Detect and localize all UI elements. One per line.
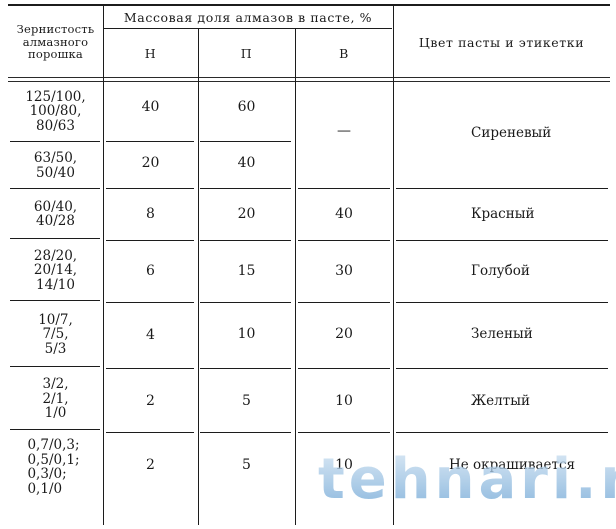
table-row-3-grain: 60/40, 40/28 <box>8 190 103 238</box>
header-col-v: В <box>295 29 393 78</box>
v-value: 10 <box>335 394 353 409</box>
color-value: Не окрашивается <box>449 458 575 473</box>
row-sep-6-v <box>298 432 390 433</box>
row-sep-2-color <box>396 188 608 189</box>
p-value: 5 <box>242 394 251 409</box>
table-row-7-grain: 0,7/0,3; 0,5/0,1; 0,3/0; 0,1/0 <box>8 432 103 512</box>
table-row-6-grain: 3/2, 2/1, 1/0 <box>8 369 103 429</box>
p-value: 40 <box>238 156 256 171</box>
row-sep-3-v <box>298 240 390 241</box>
table-row-4-v: 30 <box>295 242 393 300</box>
table-row-3-color: Красный <box>393 190 610 238</box>
row-sep-2-v <box>298 188 390 189</box>
row-sep-4-p <box>200 302 291 303</box>
v-value: 20 <box>335 327 353 342</box>
p-value: 15 <box>238 264 256 279</box>
table-row-1-n: 40 <box>103 82 198 132</box>
grain-value: 3/2, 2/1, 1/0 <box>42 377 68 421</box>
header-col-n-label: Н <box>145 46 157 61</box>
v-value: 10 <box>335 458 353 473</box>
n-value: 8 <box>146 207 155 222</box>
row-sep-3-p <box>200 240 291 241</box>
header-grain-size: Зернистость алмазного порошка <box>8 6 103 78</box>
color-value: Желтый <box>471 394 530 409</box>
n-value: 6 <box>146 264 155 279</box>
table-row-1-grain: 125/100, 100/80, 80/63 <box>8 82 103 141</box>
table-row-1-2-v-merged: — <box>295 82 393 188</box>
table-row-6-p: 5 <box>198 370 295 432</box>
grain-value: 0,7/0,3; 0,5/0,1; 0,3/0; 0,1/0 <box>27 438 79 496</box>
table-row-2-p: 40 <box>198 143 295 183</box>
row-sep-5-grain <box>10 366 100 367</box>
table-row-7-color: Не окрашивается <box>393 434 610 496</box>
table-row-3-n: 8 <box>103 190 198 238</box>
n-value: 20 <box>142 156 160 171</box>
row-sep-6-grain <box>10 429 100 430</box>
header-paste-color: Цвет пасты и этикетки <box>393 6 610 78</box>
grain-value: 60/40, 40/28 <box>34 200 77 229</box>
table-row-5-p: 10 <box>198 304 295 364</box>
header-mass-fraction-label: Массовая доля алмазов в пасте, % <box>124 10 372 25</box>
table-row-4-color: Голубой <box>393 242 610 300</box>
row-sep-2-p <box>200 188 291 189</box>
color-value: Голубой <box>471 264 530 279</box>
table-row-1-p: 60 <box>198 82 295 132</box>
table-row-1-2-color-merged: Сиреневый <box>393 82 610 188</box>
row-sep-4-grain <box>10 300 100 301</box>
p-value: 60 <box>238 100 256 115</box>
row-sep-1-p <box>200 141 291 142</box>
color-value: Красный <box>471 207 534 222</box>
row-sep-6-p <box>200 432 291 433</box>
table-row-7-v: 10 <box>295 434 393 496</box>
row-sep-3-color <box>396 240 608 241</box>
p-value: 5 <box>242 458 251 473</box>
grain-value: 63/50, 50/40 <box>34 151 77 180</box>
table-row-2-n: 20 <box>103 143 198 183</box>
color-value: Зеленый <box>471 327 533 342</box>
v-value-dash: — <box>337 124 351 139</box>
row-sep-4-v <box>298 302 390 303</box>
table-row-4-n: 6 <box>103 242 198 300</box>
table-row-6-v: 10 <box>295 370 393 432</box>
row-sep-3-grain <box>10 238 100 239</box>
header-mass-fraction: Массовая доля алмазов в пасте, % <box>103 6 393 28</box>
row-sep-4-color <box>396 302 608 303</box>
row-sep-1-n <box>106 141 194 142</box>
table-row-4-p: 15 <box>198 242 295 300</box>
table-row-7-p: 5 <box>198 434 295 496</box>
header-col-p: П <box>198 29 295 78</box>
row-sep-4-n <box>106 302 194 303</box>
grain-value: 10/7, 7/5, 5/3 <box>38 313 73 357</box>
paste-composition-table: Зернистость алмазного порошка Массовая д… <box>0 0 616 529</box>
row-sep-2-grain <box>10 188 100 189</box>
row-sep-5-p <box>200 368 291 369</box>
n-value: 4 <box>146 328 155 343</box>
table-row-3-v: 40 <box>295 190 393 238</box>
header-col-n: Н <box>103 29 198 78</box>
n-value: 2 <box>146 458 155 473</box>
row-sep-3-n <box>106 240 194 241</box>
header-col-p-label: П <box>241 46 253 61</box>
table-row-5-n: 4 <box>103 304 198 366</box>
row-sep-5-v <box>298 368 390 369</box>
row-sep-5-color <box>396 368 608 369</box>
row-sep-6-n <box>106 432 194 433</box>
v-value: 30 <box>335 264 353 279</box>
grain-value: 28/20, 20/14, 14/10 <box>34 249 77 293</box>
table-row-3-p: 20 <box>198 190 295 238</box>
table-row-6-color: Желтый <box>393 370 610 432</box>
header-grain-size-label: Зернистость алмазного порошка <box>17 23 95 61</box>
row-sep-1-grain <box>10 141 100 142</box>
grain-value: 125/100, 100/80, 80/63 <box>25 90 85 134</box>
header-paste-color-label: Цвет пасты и этикетки <box>419 35 584 50</box>
n-value: 40 <box>142 100 160 115</box>
color-value: Сиреневый <box>471 126 551 141</box>
table-row-5-grain: 10/7, 7/5, 5/3 <box>8 303 103 366</box>
row-sep-6-color <box>396 432 608 433</box>
p-value: 20 <box>238 207 256 222</box>
n-value: 2 <box>146 394 155 409</box>
table-row-5-v: 20 <box>295 304 393 364</box>
row-sep-2-n <box>106 188 194 189</box>
table-row-2-grain: 63/50, 50/40 <box>8 143 103 188</box>
row-sep-5-n <box>106 368 194 369</box>
table-row-6-n: 2 <box>103 370 198 432</box>
table-row-5-color: Зеленый <box>393 304 610 364</box>
v-value: 40 <box>335 207 353 222</box>
header-col-v-label: В <box>339 46 349 61</box>
p-value: 10 <box>238 327 256 342</box>
table-row-4-grain: 28/20, 20/14, 14/10 <box>8 241 103 300</box>
table-row-7-n: 2 <box>103 434 198 496</box>
